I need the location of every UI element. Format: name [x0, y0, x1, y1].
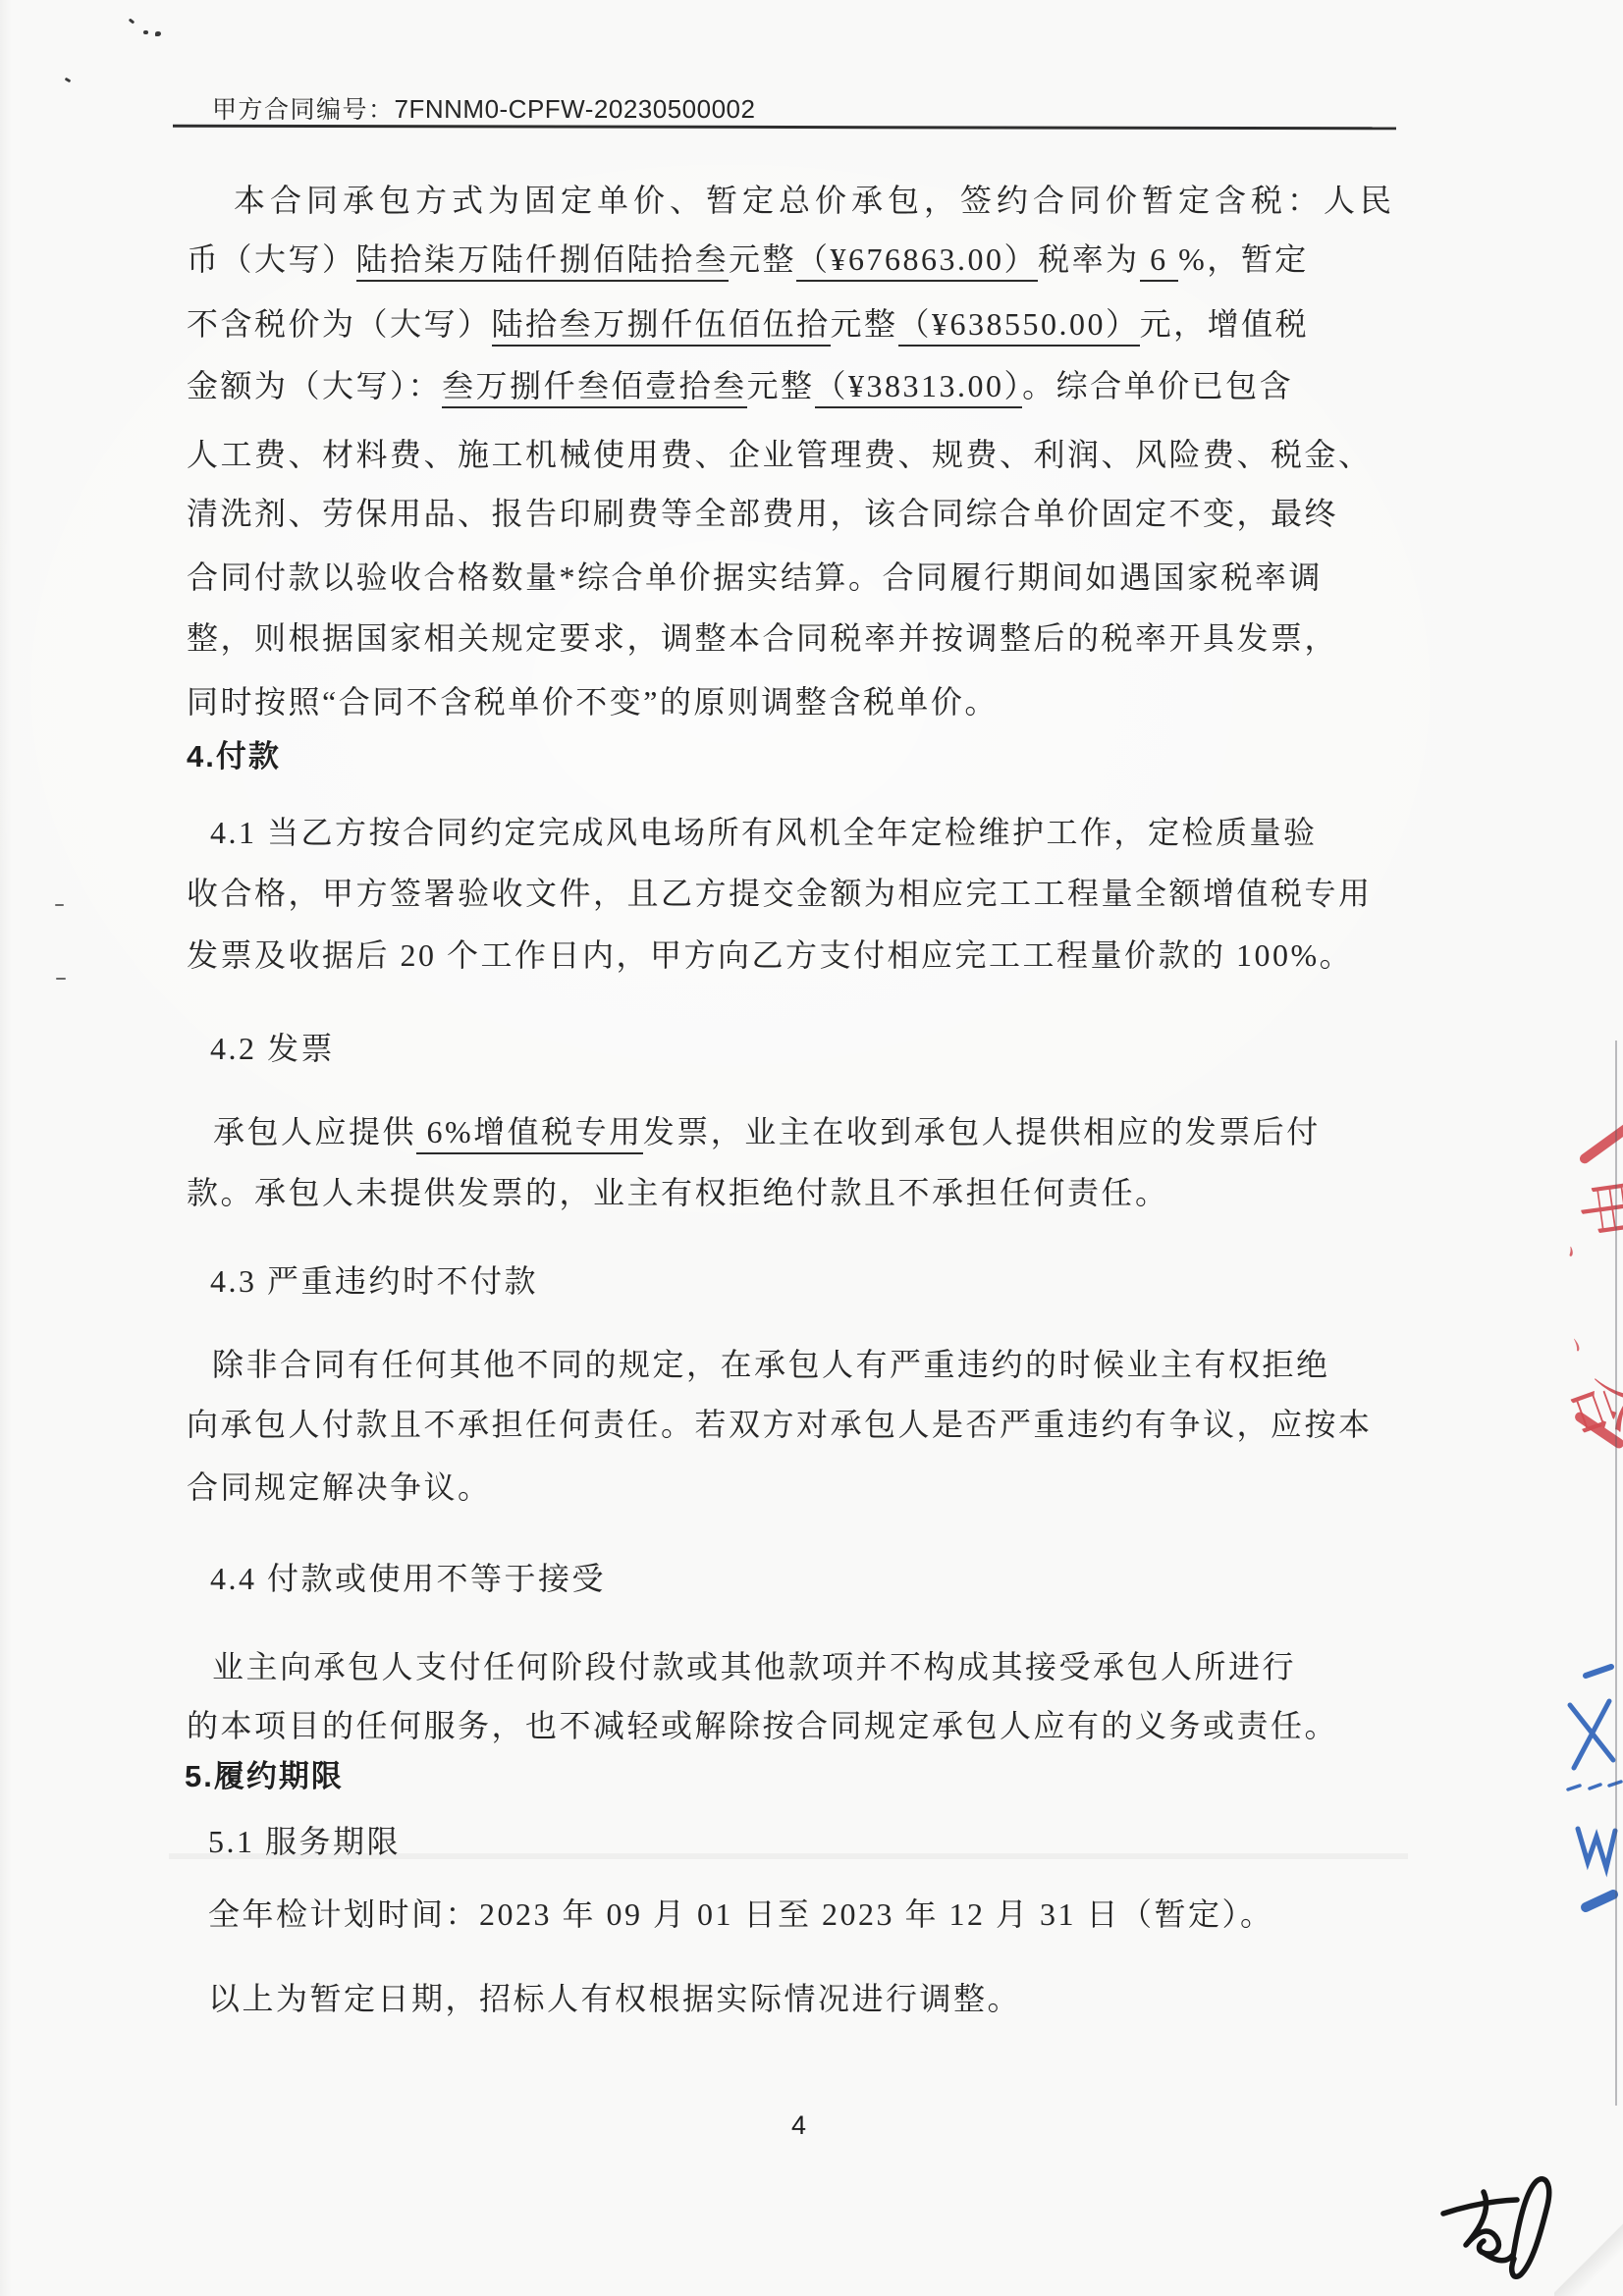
vat-invoice-underlined: 6%增值税专用 [416, 1114, 643, 1154]
pen-scribble-upper [1556, 1664, 1623, 1821]
amount-words-underlined: 陆拾叁万捌仟伍佰伍拾 [492, 306, 831, 347]
para1-line9: 同时按照“合同不含税单价不变”的原则调整含税单价。 [187, 684, 999, 721]
ink-speck [65, 78, 72, 83]
ink-speck [129, 18, 135, 24]
text-seg: 。综合单价已包含 [1022, 368, 1293, 403]
clause-4-1-line1: 4.1 当乙方按合同约定完成风电场所有风机全年定检维护工作，定检质量验 [210, 815, 1318, 851]
stamp-dot-2: 丶 [1556, 1323, 1595, 1367]
text-seg: 元，增值税 [1140, 306, 1310, 342]
clause-5-1-line1: 全年检计划时间：2023 年 09 月 01 日至 2023 年 12 月 31… [208, 1896, 1274, 1933]
text-seg: 发票，业主在收到承包人提供相应的发票后付 [643, 1114, 1321, 1149]
text-seg: %，暂定 [1178, 241, 1309, 277]
clause-5-1-line2: 以上为暂定日期，招标人有权根据实际情况进行调整。 [208, 1981, 1021, 2017]
para1-line3: 不含税价为（大写）陆拾叁万捌仟伍佰伍拾元整（¥638550.00）元，增值税 [187, 306, 1309, 343]
text-seg: 承包人应提供 [213, 1114, 416, 1149]
header-contract-number: 甲方合同编号：7FNNM0-CPFW-20230500002 [212, 90, 755, 126]
tax-rate-underlined: 6 [1140, 241, 1179, 282]
para1-line5: 人工费、材料费、施工机械使用费、企业管理费、规费、利润、风险费、税金、 [187, 437, 1373, 473]
clause-4-3-line2: 向承包人付款且不承担任何责任。若双方对承包人是否严重违约有争议，应按本 [187, 1407, 1373, 1443]
para1-line2: 币（大写）陆拾柒万陆仟捌佰陆拾叁元整（¥676863.00）税率为 6 %，暂定 [187, 241, 1309, 278]
pen-scribble-lower [1556, 1821, 1623, 1934]
clause-4-2-line2: 款。承包人未提供发票的，业主有权拒绝付款且不承担任何责任。 [187, 1175, 1169, 1211]
clause-4-4-heading: 4.4 付款或使用不等于接受 [210, 1561, 606, 1597]
text-seg: 币（大写） [187, 241, 356, 277]
text-seg: 元整 [747, 368, 815, 403]
ink-speck [155, 31, 161, 36]
clause-4-4-line2: 的本项目的任何服务，也不减轻或解除按合同规定承包人应有的义务或责任。 [187, 1708, 1338, 1744]
amount-words-underlined: 叁万捌仟叁佰壹拾叁 [442, 368, 747, 408]
section-5-heading: 5.履约期限 [185, 1759, 344, 1794]
para1-line8: 整，则根据国家相关规定要求，调整本合同税率并按调整后的税率开具发票， [187, 620, 1338, 657]
para1-line7: 合同付款以验收合格数量*综合单价据实结算。合同履行期间如遇国家税率调 [187, 560, 1323, 596]
page-corner-shadow [1554, 2203, 1623, 2296]
scan-streak [169, 1853, 1408, 1859]
page-number: 4 [791, 2110, 806, 2141]
para1-line1: 本合同承包方式为固定单价、暂定总价承包，签约合同价暂定含税：人民 [234, 183, 1396, 219]
para1-line4: 金额为（大写）：叁万捌仟叁佰壹拾叁元整（¥38313.00）。综合单价已包含 [187, 368, 1293, 404]
section-4-heading: 4.付款 [187, 739, 281, 774]
amount-figures-underlined: （¥38313.00） [815, 368, 1023, 408]
clause-4-4-line1: 业主向承包人支付任何阶段付款或其他款项并不构成其接受承包人所进行 [212, 1649, 1296, 1685]
header-contract-no-value: 7FNNM0-CPFW-20230500002 [395, 94, 756, 124]
text-seg: 不含税价为（大写） [187, 306, 492, 342]
ink-speck [143, 30, 148, 34]
clause-4-3-line3: 合同规定解决争议。 [187, 1469, 492, 1506]
header-rule [173, 125, 1396, 131]
header-label: 甲方合同编号： [212, 97, 395, 124]
margin-dash [56, 978, 66, 980]
clause-4-1-line3: 发票及收据后 20 个工作日内，甲方向乙方支付相应完工工程量价款的 100%。 [187, 937, 1353, 974]
contract-page: 甲方合同编号：7FNNM0-CPFW-20230500002 本合同承包方式为固… [0, 0, 1623, 2296]
text-seg: 元整 [831, 306, 898, 342]
amount-figures-underlined: （¥676863.00） [796, 241, 1038, 282]
clause-4-3-heading: 4.3 严重违约时不付款 [210, 1263, 538, 1300]
clause-4-1-line2: 收合格，甲方签署验收文件，且乙方提交金额为相应完工工程量全额增值税专用 [187, 876, 1373, 912]
margin-dash [55, 904, 64, 906]
text-seg: 税率为 [1038, 241, 1140, 277]
clause-4-3-line1: 除非合同有任何其他不同的规定，在承包人有严重违约的时候业主有权拒绝 [212, 1347, 1330, 1383]
para1-line6: 清洗剂、劳保用品、报告印刷费等全部费用，该合同综合单价固定不变，最终 [187, 496, 1338, 532]
text-seg: 元整 [729, 241, 796, 277]
clause-4-2-line1: 承包人应提供 6%增值税专用发票，业主在收到承包人提供相应的发票后付 [213, 1114, 1321, 1150]
amount-figures-underlined: （¥638550.00） [898, 306, 1140, 347]
clause-4-2-heading: 4.2 发票 [210, 1031, 335, 1067]
page-edge-line [1615, 1041, 1617, 2106]
amount-words-underlined: 陆拾柒万陆仟捌佰陆拾叁 [356, 241, 730, 282]
text-seg: 金额为（大写）： [187, 368, 442, 403]
